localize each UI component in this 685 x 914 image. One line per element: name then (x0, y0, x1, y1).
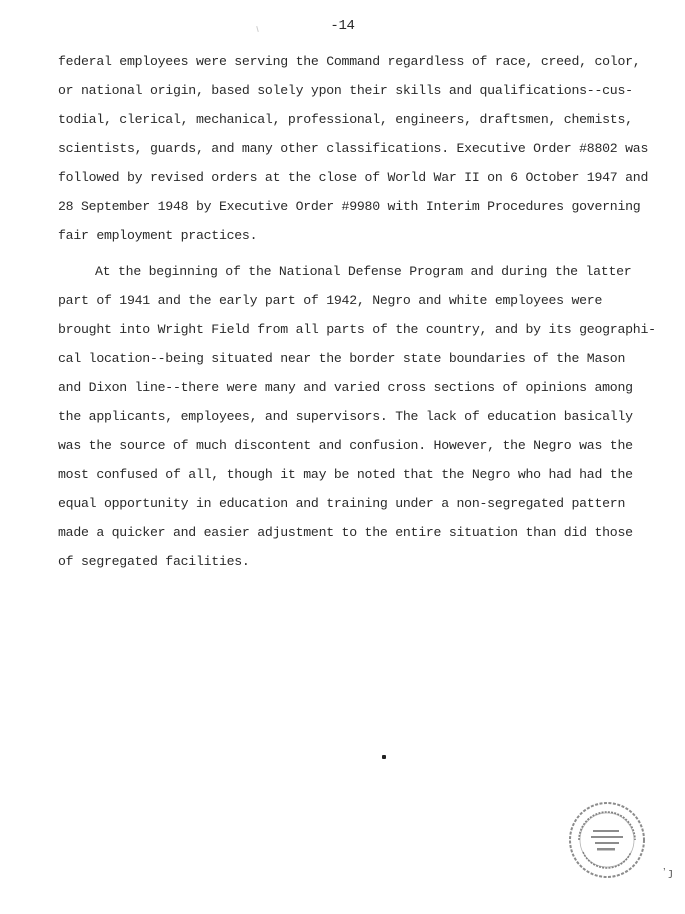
margin-mark: ʼȷ (661, 866, 674, 880)
text-line: made a quicker and easier adjustment to … (58, 518, 648, 547)
text-line: 28 September 1948 by Executive Order #99… (58, 192, 648, 221)
paragraph-2: At the beginning of the National Defense… (58, 257, 648, 576)
text-line: cal location--being situated near the bo… (58, 344, 648, 373)
text-line: equal opportunity in education and train… (58, 489, 648, 518)
page-number: -14 (0, 18, 685, 34)
text-line: At the beginning of the National Defense… (58, 257, 648, 286)
paragraph-spacer (58, 250, 648, 257)
text-line: fair employment practices. (58, 221, 648, 250)
text-line: and Dixon line--there were many and vari… (58, 373, 648, 402)
text-line: or national origin, based solely ypon th… (58, 76, 648, 105)
document-body: federal employees were serving the Comma… (58, 47, 648, 576)
archive-seal-icon (567, 800, 647, 880)
text-line: most confused of all, though it may be n… (58, 460, 648, 489)
text-line: part of 1941 and the early part of 1942,… (58, 286, 648, 315)
paragraph-1: federal employees were serving the Comma… (58, 47, 648, 250)
text-line: todial, clerical, mechanical, profession… (58, 105, 648, 134)
text-line: federal employees were serving the Comma… (58, 47, 648, 76)
text-line: brought into Wright Field from all parts… (58, 315, 648, 344)
text-line: the applicants, employees, and superviso… (58, 402, 648, 431)
text-line: scientists, guards, and many other class… (58, 134, 648, 163)
text-line: followed by revised orders at the close … (58, 163, 648, 192)
ink-dot (382, 755, 386, 759)
text-line: of segregated facilities. (58, 547, 648, 576)
text-line: was the source of much discontent and co… (58, 431, 648, 460)
